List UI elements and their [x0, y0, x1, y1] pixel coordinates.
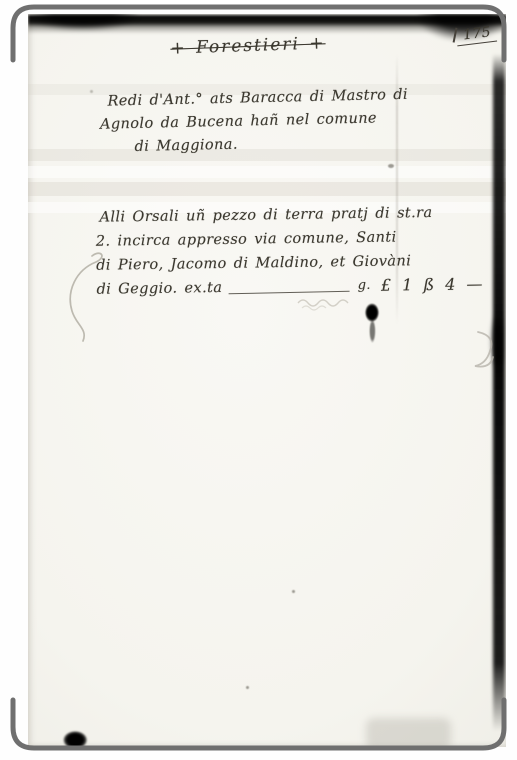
folio-wrap: 175 [455, 21, 497, 47]
paper-speck [388, 164, 394, 168]
paper-speck [292, 590, 295, 593]
heading-row: + Forestieri + [128, 32, 369, 60]
entry-record-1: Redi d'Ant.° ats Baracca di Mastro di Ag… [99, 83, 430, 159]
book-gutter-shadow [491, 314, 502, 369]
book-gutter-shadow [493, 54, 505, 731]
entry-record-2: Alli Orsali uñ pezzo di terra pratj di s… [95, 200, 484, 301]
ink-stain-bottom [56, 722, 96, 747]
scan-band [28, 182, 506, 196]
entry-closing-text: di Geggio. ex.ta [96, 276, 222, 302]
scan-band [28, 166, 506, 178]
manuscript-scan-viewer: + Forestieri + 175 Redi d'Ant.° ats Bara… [0, 0, 517, 760]
amount-unit: g. [357, 274, 371, 298]
manuscript-page: + Forestieri + 175 Redi d'Ant.° ats Bara… [28, 14, 506, 747]
amount-value: £ 1 ß 4 — [381, 272, 485, 297]
folio-number: 175 [455, 24, 497, 47]
section-heading: + Forestieri + [170, 33, 326, 58]
ruled-dash-line [228, 291, 349, 295]
paper-speck [246, 686, 249, 689]
entry-closing-line: di Geggio. ex.ta g. £ 1 ß 4 — [96, 272, 484, 301]
paper-speck [90, 90, 93, 93]
smudge [366, 718, 451, 747]
scan-top-shadow [28, 14, 138, 30]
ink-blot [362, 302, 382, 346]
